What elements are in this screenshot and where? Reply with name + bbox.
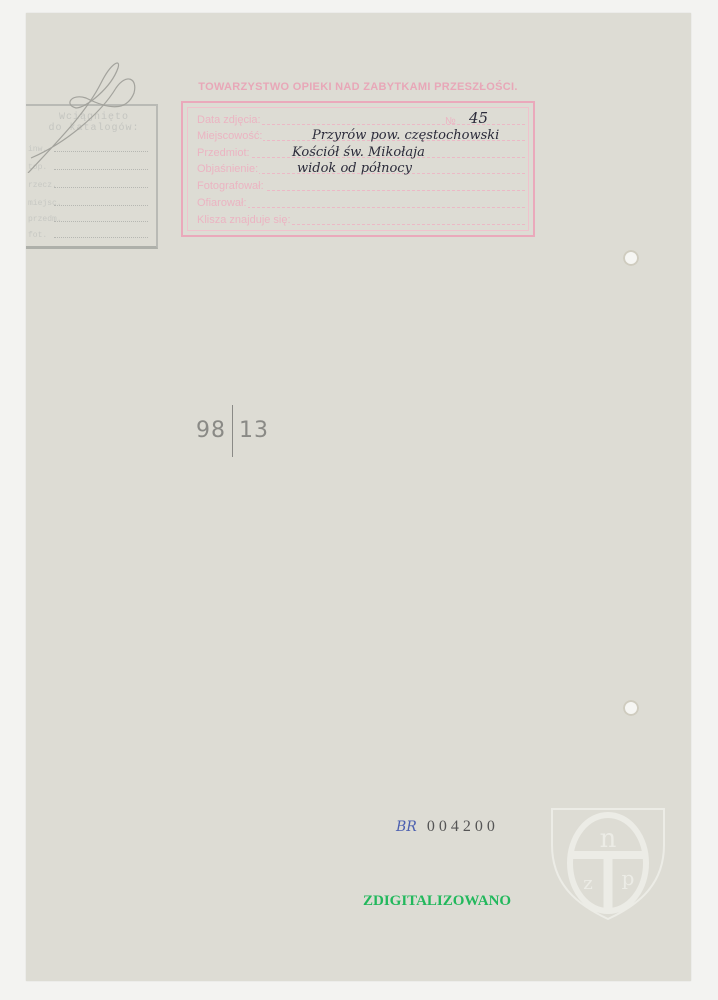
signature-swirl-icon bbox=[26, 53, 166, 173]
society-title: TOWARZYSTWO OPIEKI NAD ZABYTKAMI PRZESZŁ… bbox=[182, 81, 534, 93]
document-page: Wciągnięto do katalogów: inw. top. rzecz… bbox=[26, 13, 691, 981]
svg-text:p: p bbox=[622, 866, 635, 890]
svg-text:z: z bbox=[583, 873, 592, 894]
punch-hole bbox=[623, 250, 639, 266]
catalog-row: rzecz. bbox=[26, 176, 152, 190]
photo-info-stamp: Data zdjęcia: № 45 Miejscowość: Przyrów … bbox=[181, 101, 535, 237]
number-sign: № bbox=[445, 116, 456, 127]
svg-text:n: n bbox=[600, 824, 617, 854]
field-description: Objaśnienie: widok od północy bbox=[197, 160, 525, 176]
photo-number: 45 bbox=[469, 109, 488, 127]
field-subject: Przedmiot: Kościół św. Mikołaja bbox=[197, 144, 525, 160]
shield-watermark-icon: n z p bbox=[548, 805, 668, 921]
punch-hole bbox=[623, 700, 639, 716]
field-date: Data zdjęcia: № 45 bbox=[197, 111, 525, 127]
inventory-number: BR004200 bbox=[396, 818, 499, 836]
pencil-note: 9813 bbox=[196, 405, 269, 457]
catalog-row: fot. bbox=[26, 226, 152, 240]
field-location: Miejscowość: Przyrów pow. częstochowski bbox=[197, 127, 525, 143]
field-donor: Ofiarował: bbox=[197, 194, 525, 210]
catalog-row: przedm. bbox=[26, 210, 152, 224]
digitized-stamp: ZDIGITALIZOWANO bbox=[363, 893, 511, 910]
field-negative-location: Klisza znajduje się: bbox=[197, 211, 525, 227]
catalog-row: miejsc. bbox=[26, 194, 152, 208]
field-photographer: Fotografował: bbox=[197, 177, 525, 193]
